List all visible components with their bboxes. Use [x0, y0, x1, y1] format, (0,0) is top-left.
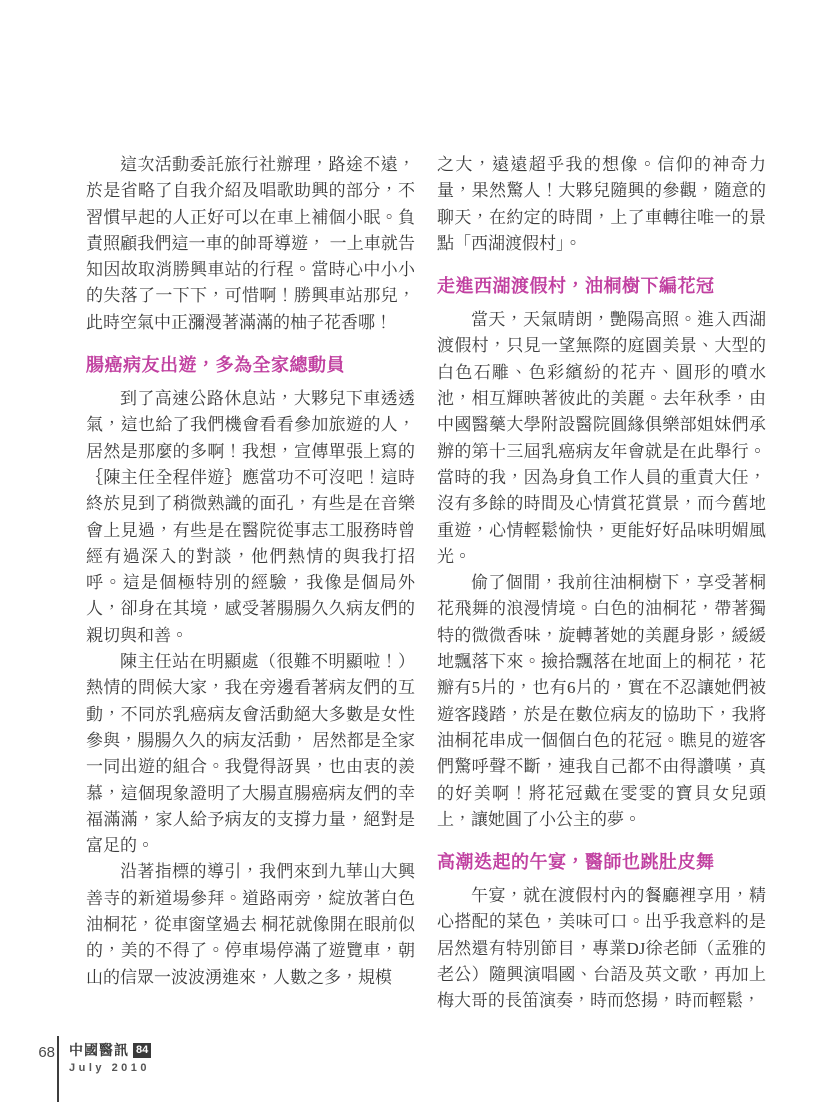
section-heading-lunch: 高潮迭起的午宴，醫師也跳肚皮舞	[437, 850, 766, 874]
page-number: 68	[33, 1044, 55, 1061]
paragraph-resort: 當天，天氣晴朗，艷陽高照。進入西湖渡假村，只見一望無際的庭園美景、大型的白色石雕…	[437, 307, 766, 570]
paragraph-temple: 沿著指標的導引，我們來到九華山大興善寺的新道場參拜。道路兩旁，綻放著白色油桐花，…	[86, 859, 415, 990]
issue-date: July 2010	[69, 1062, 151, 1074]
right-column: 之大，遠遠超乎我的想像。信仰的神奇力量，果然驚人！大夥兒隨興的參觀，隨意的聊天，…	[437, 152, 766, 1015]
paragraph-chen: 陳主任站在明顯處（很難不明顯啦！）熱情的問候大家，我在旁邊看著病友們的互動，不同…	[86, 649, 415, 859]
issue-number-badge: 84	[133, 1043, 151, 1058]
paragraph-tung-flowers: 偷了個閒，我前往油桐樹下，享受著桐花飛舞的浪漫情境。白色的油桐花，帶著獨特的微微…	[437, 570, 766, 833]
section-heading-resort: 走進西湖渡假村，油桐樹下編花冠	[437, 274, 766, 298]
paragraph-rest-station: 到了高速公路休息站，大夥兒下車透透氣，這也給了我們機會看看參加旅遊的人，居然是那…	[86, 386, 415, 649]
paragraph-continuation: 之大，遠遠超乎我的想像。信仰的神奇力量，果然驚人！大夥兒隨興的參觀，隨意的聊天，…	[437, 152, 766, 257]
paragraph-lunch: 午宴，就在渡假村內的餐廳裡享用，精心搭配的菜色，美味可口。出乎我意料的是居然還有…	[437, 883, 766, 1014]
footer-brand-row: 中國醫訊 84	[69, 1040, 151, 1060]
footer-divider	[57, 1036, 59, 1102]
paragraph-intro: 這次活動委託旅行社辦理，路途不遠，於是省略了自我介紹及唱歌助興的部分，不習慣早起…	[86, 152, 415, 336]
magazine-page: 這次活動委託旅行社辦理，路途不遠，於是省略了自我介紹及唱歌助興的部分，不習慣早起…	[0, 0, 827, 1102]
magazine-title: 中國醫訊	[69, 1040, 129, 1060]
left-column: 這次活動委託旅行社辦理，路途不遠，於是省略了自我介紹及唱歌助興的部分，不習慣早起…	[86, 152, 415, 991]
footer-brand: 中國醫訊 84 July 2010	[69, 1040, 151, 1074]
section-heading-outing: 腸癌病友出遊，多為全家總動員	[86, 353, 415, 377]
